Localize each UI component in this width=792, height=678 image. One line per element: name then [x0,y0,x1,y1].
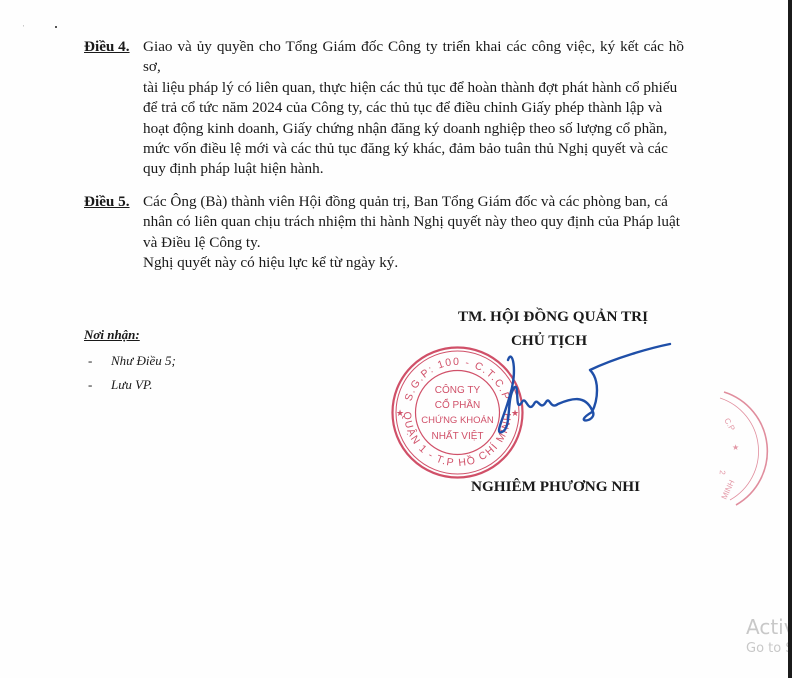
svg-text:★: ★ [732,443,739,452]
svg-text:NHẤT VIỆT: NHẤT VIỆT [431,429,483,442]
signer-name: NGHIÊM PHƯƠNG NHI [471,478,640,496]
svg-text:CỔ PHẦN: CỔ PHẦN [435,398,481,411]
article-line: hoạt động kinh doanh, Giấy chứng nhận đă… [143,119,684,139]
partial-stamp: C.P ★ 2 MINH [716,390,786,510]
list-dash: - [88,373,92,397]
article-label: Điều 4. [84,37,130,57]
on-behalf-title: TM. HỘI ĐỒNG QUẢN TRỊ [373,308,733,326]
recipients-title: Nơi nhận: [84,327,140,343]
recipient-item: - Lưu VP. [84,373,140,397]
article-label: Điều 5. [84,192,130,212]
svg-text:CÔNG TY: CÔNG TY [435,383,481,396]
article-body: Các Ông (Bà) thành viên Hội đồng quản tr… [143,192,684,253]
article-4: Điều 4. Giao và ủy quyền cho Tổng Giám đ… [84,37,684,180]
article-line: mức vốn điều lệ mới và các thủ tục đăng … [143,139,684,159]
svg-text:★: ★ [396,408,404,418]
article-line: quy định pháp luật hiện hành. [143,159,684,179]
recipient-text: Như Điều 5; [111,349,176,373]
handwritten-signature [480,340,680,450]
effect-statement: Nghị quyết này có hiệu lực kể từ ngày ký… [143,254,398,272]
svg-text:C.P: C.P [722,417,736,433]
watermark-line: Activ [746,615,792,639]
recipient-item: - Như Điều 5; [84,349,140,373]
article-5: Điều 5. Các Ông (Bà) thành viên Hội đồng… [84,192,684,253]
scan-speck [55,26,57,28]
article-line: để trả cổ tức năm 2024 của Công ty, các … [143,98,684,118]
recipient-text: Lưu VP. [111,373,153,397]
article-line: tài liệu pháp lý có liên quan, thực hiện… [143,78,684,98]
scan-speck: ˈ [22,24,25,33]
article-line: Các Ông (Bà) thành viên Hội đồng quản tr… [143,192,684,212]
article-line: nhân có liên quan chịu trách nhiệm thi h… [143,212,684,232]
viewer-border [788,0,792,678]
svg-text:2: 2 [718,470,727,476]
article-line: Giao và ủy quyền cho Tổng Giám đốc Công … [143,37,684,78]
recipients-block: Nơi nhận: - Như Điều 5; - Lưu VP. [84,327,140,397]
list-dash: - [88,349,92,373]
watermark-line[interactable]: Go to S [746,641,792,656]
article-line: và Điều lệ Công ty. [143,233,684,253]
document-page: ˈ Điều 4. Giao và ủy quyền cho Tổng Giám… [0,0,788,678]
article-body: Giao và ủy quyền cho Tổng Giám đốc Công … [143,37,684,180]
activate-windows-watermark: Activ Go to S [746,615,792,656]
